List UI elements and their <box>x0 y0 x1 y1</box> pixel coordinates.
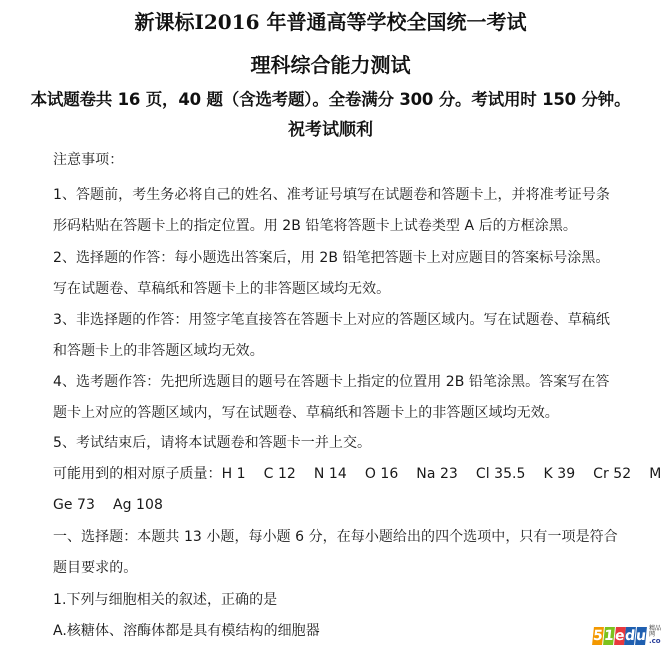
exam-title: 新课标Ⅰ2016 年普通高等学校全国统一考试 <box>0 12 661 32</box>
section-heading: 一、选择题：本题共 13 小题，每小题 6 分，在每小题给出的四个选项中，只有一… <box>53 530 618 544</box>
site-logo: 5 1 e d u 精品学习网 .com <box>593 625 661 645</box>
logo-block: d <box>624 627 636 645</box>
exam-info: 本试题卷共 16 页，40 题（含选考题）。全卷满分 300 分。考试用时 15… <box>0 92 661 109</box>
note-line: 形码粘贴在答题卡上的指定位置。用 2B 铅笔将答题卡上试卷类型 A 后的方框涂黑… <box>53 219 577 233</box>
question-1-stem: 1.下列与细胞相关的叙述，正确的是 <box>53 593 277 607</box>
logo-block: u <box>635 627 647 645</box>
logo-block: 1 <box>603 627 615 645</box>
note-line: 写在试题卷、草稿纸和答题卡上的非答题区域均无效。 <box>53 282 390 296</box>
note-line: 4、选考题作答：先把所选题目的题号在答题卡上指定的位置用 2B 铅笔涂黑。答案写… <box>53 375 609 389</box>
note-line: 5、考试结束后，请将本试题卷和答题卡一并上交。 <box>53 436 371 450</box>
logo-domain: .com <box>649 638 661 645</box>
notes-heading: 注意事项： <box>53 153 123 167</box>
note-line: 1、答题前，考生务必将自己的姓名、准考证号填写在试题卷和答题卡上，并将准考证号条 <box>53 188 610 202</box>
note-line: 和答题卡上的非答题区域均无效。 <box>53 344 264 358</box>
exam-subtitle: 理科综合能力测试 <box>0 55 661 75</box>
section-heading-cont: 题目要求的。 <box>53 561 137 575</box>
logo-block: 5 <box>592 627 604 645</box>
atomic-masses-line: 可能用到的相对原子质量：H 1 C 12 N 14 O 16 Na 23 Cl … <box>53 467 661 481</box>
atomic-masses-label: 可能用到的相对原子质量： <box>53 466 222 482</box>
note-line: 2、选择题的作答：每小题选出答案后，用 2B 铅笔把答题卡上对应题目的答案标号涂… <box>53 251 609 265</box>
exam-wish: 祝考试顺利 <box>0 122 661 139</box>
question-1-option-a: A.核糖体、溶酶体都是具有模结构的细胞器 <box>53 624 320 638</box>
note-line: 题卡上对应的答题区域内，写在试题卷、草稿纸和答题卡上的非答题区域均无效。 <box>53 406 559 420</box>
note-line: 3、非选择题的作答：用签字笔直接答在答题卡上对应的答题区域内。写在试题卷、草稿纸 <box>53 313 610 327</box>
atomic-masses-line2: Ge 73 Ag 108 <box>53 498 163 512</box>
atomic-masses-values: H 1 C 12 N 14 O 16 Na 23 Cl 35.5 K 39 Cr… <box>222 466 661 482</box>
